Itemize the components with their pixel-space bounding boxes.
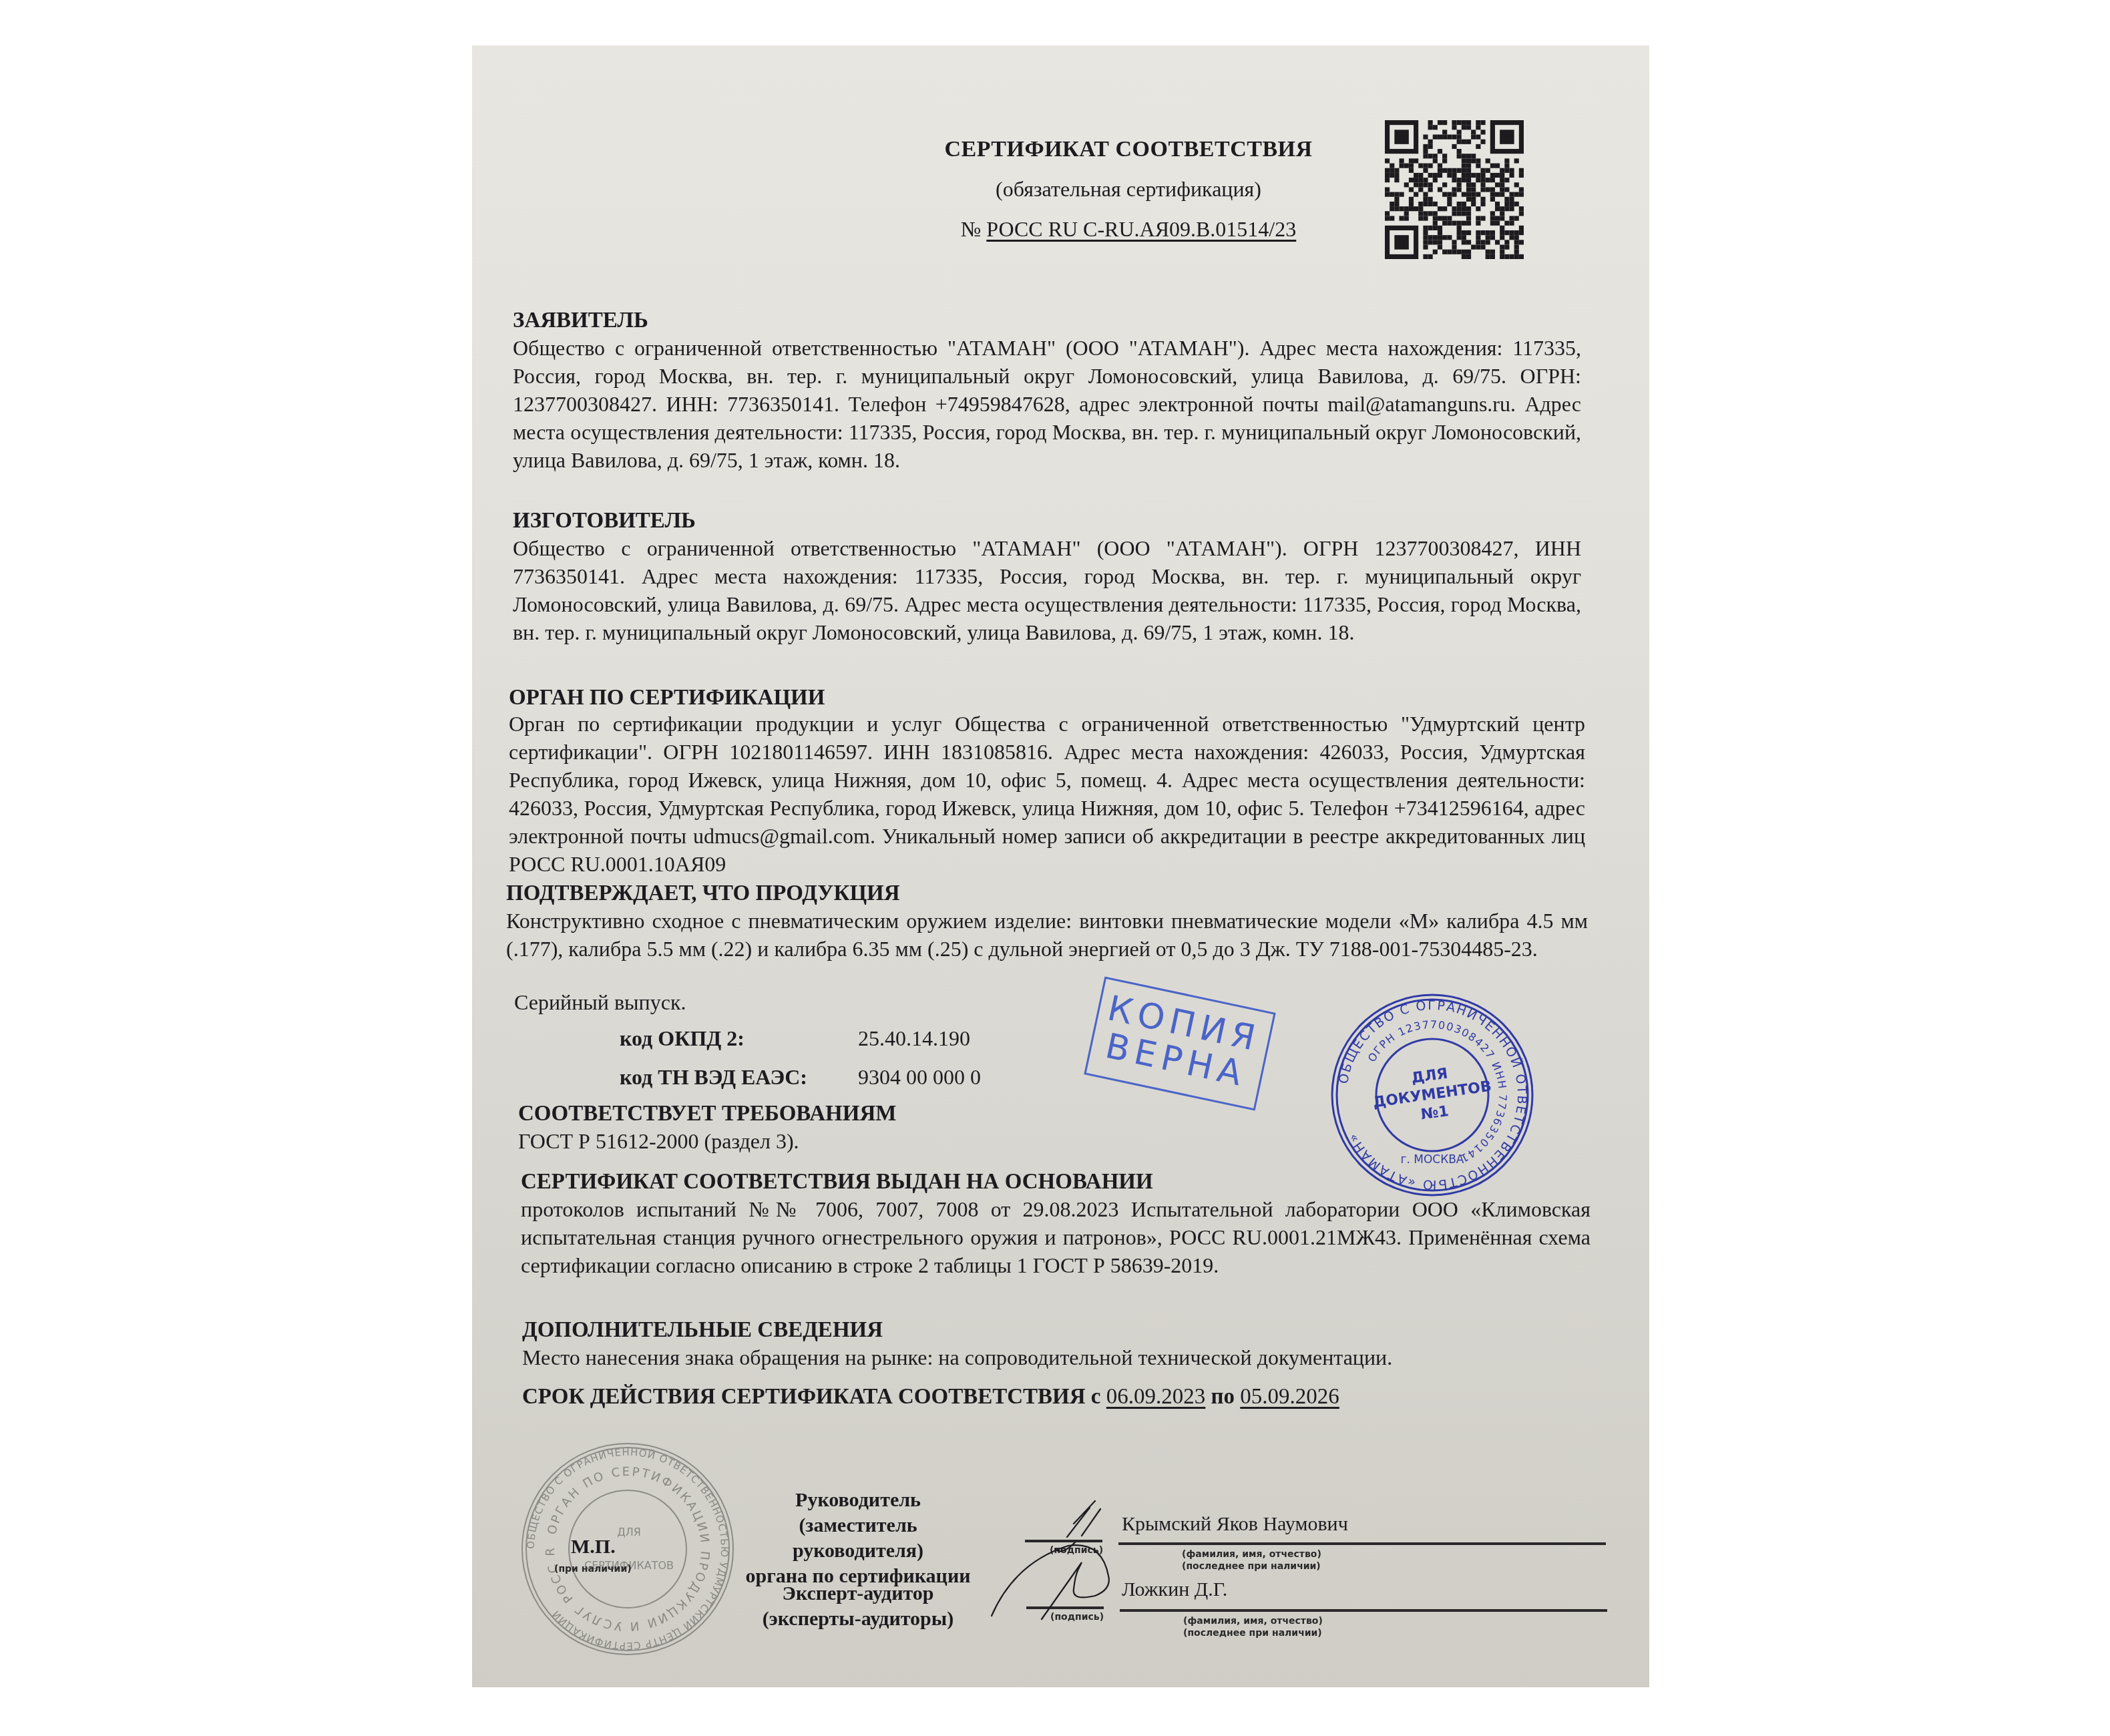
expert-name-caption-1: (фамилия, имя, отчество) (1183, 1616, 1323, 1626)
mp-label: М.П. (571, 1536, 616, 1558)
applicant-heading: ЗАЯВИТЕЛЬ (513, 307, 648, 334)
svg-text:№1: №1 (1420, 1103, 1450, 1124)
head-name-caption-1: (фамилия, имя, отчество) (1182, 1549, 1321, 1560)
certificate-number: № РОСС RU С-RU.АЯ09.В.01514/23 (828, 217, 1429, 242)
okpd-code-label: код ОКПД 2: (620, 1024, 745, 1052)
expert-name-caption-2: (последнее при наличии) (1183, 1628, 1322, 1639)
validity-label: СРОК ДЕЙСТВИЯ СЕРТИФИКАТА СООТВЕТСТВИЯ (522, 1385, 1086, 1409)
validity-to-date: 05.09.2026 (1240, 1385, 1339, 1409)
number-value: РОСС RU С-RU.АЯ09.В.01514/23 (986, 217, 1296, 241)
tnved-code-label: код ТН ВЭД ЕАЭС: (620, 1063, 807, 1091)
number-prefix: № (961, 217, 982, 241)
serial-release: Серийный выпуск. (514, 988, 686, 1016)
head-name-line (1118, 1542, 1606, 1545)
basis-heading: СЕРТИФИКАТ СООТВЕТСТВИЯ ВЫДАН НА ОСНОВАН… (521, 1168, 1153, 1195)
company-seal-icon: ОБЩЕСТВО С ОГРАНИЧЕННОЙ ОТВЕТСТВЕННОСТЬЮ… (1325, 988, 1539, 1202)
basis-text: протоколов испытаний №№ 7006, 7007, 7008… (521, 1195, 1591, 1279)
svg-text:г. МОСКВА: г. МОСКВА (1400, 1153, 1464, 1166)
certification-body-seal-icon: ОБЩЕСТВО С ОГРАНИЧЕННОЙ ОТВЕТСТВЕННОСТЬЮ… (514, 1436, 741, 1663)
handwritten-signatures-icon (988, 1482, 1189, 1622)
head-name-caption-2: (последнее при наличии) (1182, 1561, 1321, 1572)
requirements-text: ГОСТ Р 51612-2000 (раздел 3). (518, 1127, 799, 1155)
product-heading: ПОДТВЕРЖДАЕТ, ЧТО ПРОДУКЦИЯ (506, 880, 900, 907)
document-title: СЕРТИФИКАТ СООТВЕТСТВИЯ (828, 137, 1429, 162)
manufacturer-heading: ИЗГОТОВИТЕЛЬ (513, 507, 696, 534)
additional-text: Место нанесения знака обращения на рынке… (522, 1343, 1392, 1371)
tnved-code-value: 9304 00 000 0 (858, 1063, 981, 1091)
svg-text:ДЛЯ: ДЛЯ (1410, 1066, 1449, 1087)
expert-signatory-label: Эксперт-аудитор (эксперты-аудиторы) (731, 1581, 985, 1632)
validity-from-date: 06.09.2023 (1106, 1385, 1206, 1409)
manufacturer-text: Общество с ограниченной ответственностью… (513, 534, 1581, 646)
svg-text:ОРГАН ПО СЕРТИФИКАЦИИ ПРОДУКЦИ: ОРГАН ПО СЕРТИФИКАЦИИ ПРОДУКЦИИ И УСЛУГ … (514, 1436, 712, 1633)
applicant-text: Общество с ограниченной ответственностью… (513, 334, 1581, 474)
mp-note: (при наличии) (554, 1564, 632, 1574)
product-text: Конструктивно сходное с пневматическим о… (506, 907, 1588, 963)
additional-heading: ДОПОЛНИТЕЛЬНЫЕ СВЕДЕНИЯ (522, 1317, 883, 1343)
certification-body-text: Орган по сертификации продукции и услуг … (509, 710, 1585, 878)
validity-period: СРОК ДЕЙСТВИЯ СЕРТИФИКАТА СООТВЕТСТВИЯ с… (522, 1383, 1339, 1410)
requirements-heading: СООТВЕТСТВУЕТ ТРЕБОВАНИЯМ (518, 1100, 896, 1127)
document-subtitle: (обязательная сертификация) (828, 177, 1429, 202)
svg-text:ДЛЯ: ДЛЯ (617, 1526, 641, 1538)
validity-from-word: с (1091, 1385, 1101, 1409)
expert-name-line (1120, 1609, 1607, 1612)
certification-body-heading: ОРГАН ПО СЕРТИФИКАЦИИ (509, 684, 825, 711)
validity-to-word: по (1211, 1385, 1235, 1409)
okpd-code-value: 25.40.14.190 (858, 1024, 970, 1052)
head-signatory-label: Руководитель (заместитель руководителя) … (731, 1488, 985, 1589)
qr-code-icon (1385, 120, 1524, 259)
